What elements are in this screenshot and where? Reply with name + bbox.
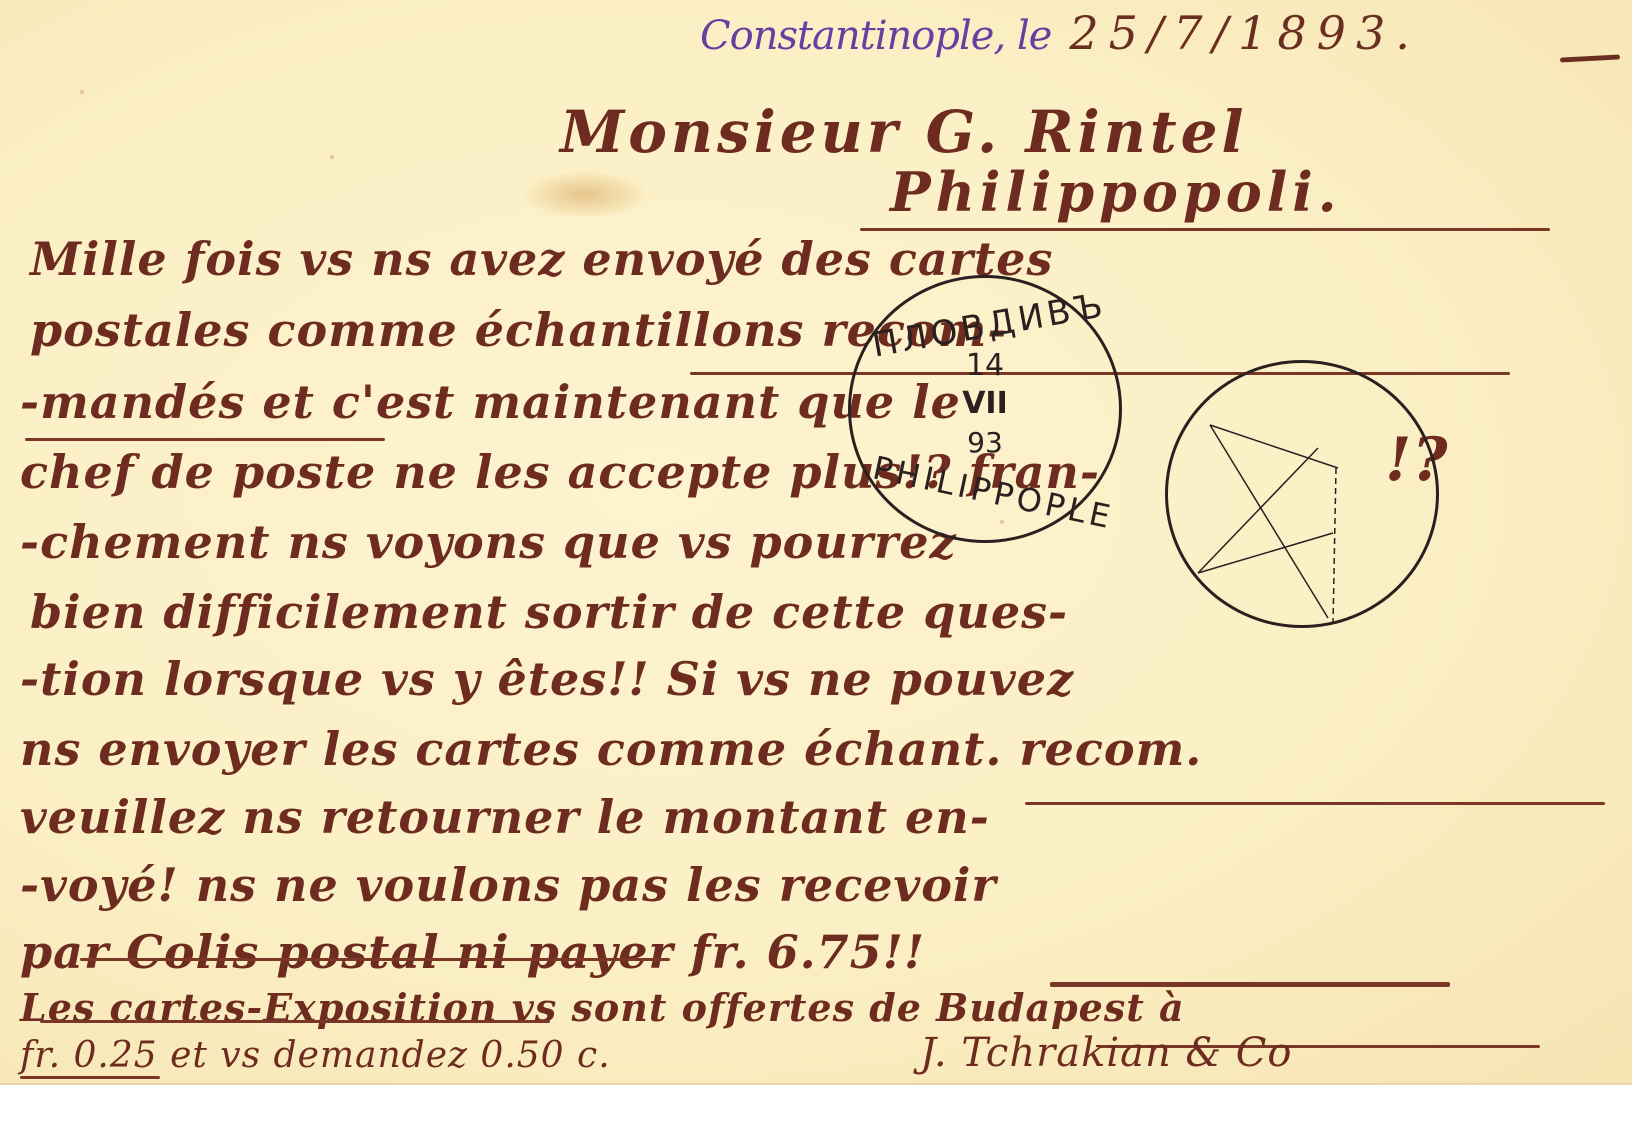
body-line: bien difficilement sortir de cette ques-	[30, 585, 1068, 639]
body-line: Les cartes-Exposition vs sont offertes d…	[20, 985, 1185, 1030]
postcard: Constantinople, le 25/7/1893. Monsieur G…	[0, 0, 1632, 1085]
body-line: Mille fois vs ns avez envoyé des cartes	[30, 232, 1053, 286]
body-line: ns envoyer les cartes comme échant. reco…	[20, 722, 1202, 776]
body-line: par Colis postal ni payer fr. 6.75!!	[20, 925, 925, 979]
dateline: Constantinople, le 25/7/1893.	[700, 6, 1420, 76]
paper-stain	[525, 172, 645, 217]
underline	[20, 1076, 160, 1079]
place-stamp: Constantinople, le	[700, 13, 1051, 59]
postmark-blank	[1165, 360, 1439, 628]
postmark-philippopolis: ПЛОВДИВЪ 14 VII 93 PHILIPPOPLE	[848, 275, 1122, 543]
addressee-name: Monsieur G. Rintel	[560, 98, 1248, 166]
body-line: fr. 0.25 et vs demandez 0.50 c.	[20, 1035, 611, 1076]
body-line: -mandés et c'est maintenant que le	[20, 375, 961, 429]
postmark-day: 14	[851, 348, 1119, 383]
date: 25/7/1893.	[1069, 6, 1419, 60]
paper-speck	[80, 90, 84, 94]
date-dash	[1560, 54, 1620, 62]
body-line: -voyé! ns ne voulons pas les recevoir	[20, 858, 997, 912]
postmark-month: VII	[851, 386, 1119, 421]
body-line: -chement ns voyons que vs pourrez	[20, 515, 957, 569]
underline	[25, 438, 385, 441]
body-line: -tion lorsque vs y êtes!! Si vs ne pouve…	[20, 652, 1074, 706]
underline	[40, 1020, 550, 1023]
underline	[80, 958, 670, 961]
city-underline	[860, 228, 1550, 231]
paper-speck	[330, 155, 334, 159]
signature: J. Tchrakian & Co	[920, 1030, 1292, 1076]
body-line: veuillez ns retourner le montant en-	[20, 790, 990, 844]
postmark-cross-lines-icon	[1168, 363, 1436, 625]
addressee-city: Philippopoli.	[890, 160, 1342, 224]
underline	[1025, 802, 1605, 805]
